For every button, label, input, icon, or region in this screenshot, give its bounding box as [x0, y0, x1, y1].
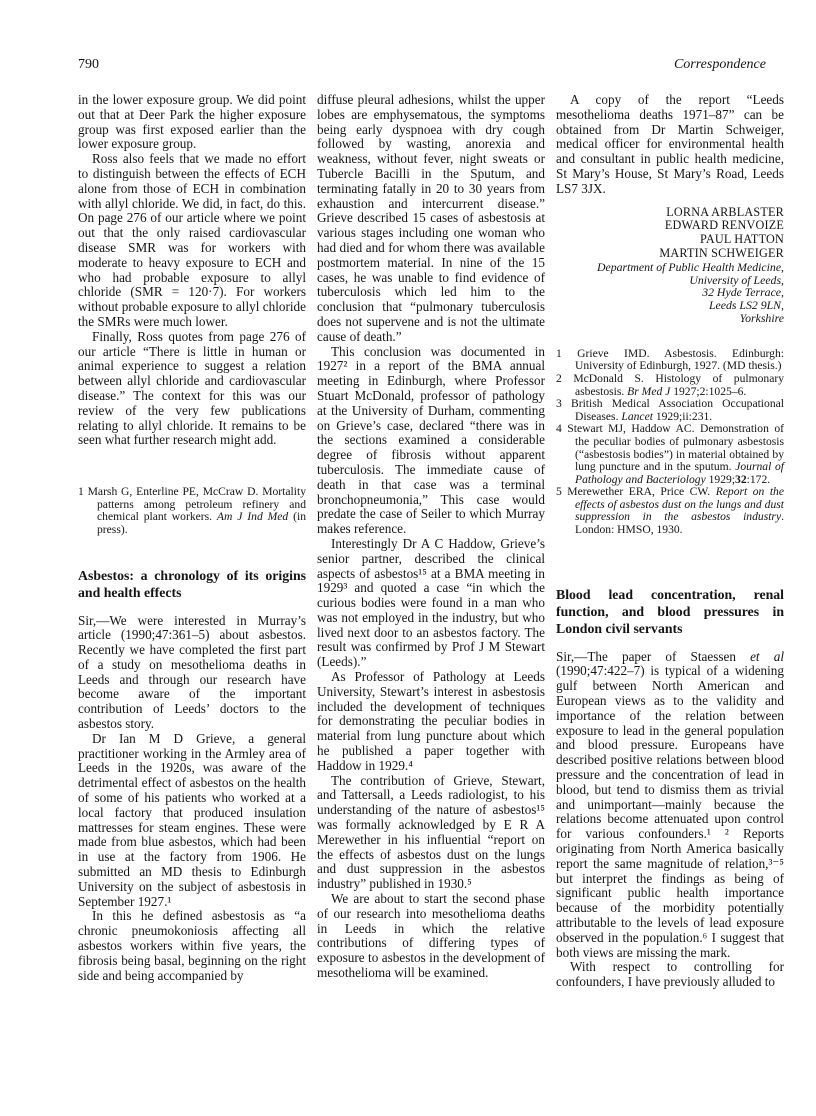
signature-name: MARTIN SCHWEIGER: [556, 247, 784, 261]
signature-name: LORNA ARBLASTER: [556, 206, 784, 220]
page-number: 790: [78, 57, 99, 73]
reference-item: 4 Stewart MJ, Haddow AC. Demonstration o…: [556, 423, 784, 486]
paragraph: The contribution of Grieve, Stewart, and…: [317, 774, 545, 892]
paragraph: Dr Ian M D Grieve, a general practitione…: [78, 732, 306, 910]
journal-page: 790 Correspondence in the lower exposure…: [0, 0, 816, 1116]
reference-item: 2 McDonald S. Histology of pulmonary asb…: [556, 373, 784, 398]
reference-item: 5 Merewether ERA, Price CW. Report on th…: [556, 486, 784, 536]
paragraph: diffuse pleural adhesions, whilst the up…: [317, 93, 545, 345]
column-3: A copy of the report “Leeds mesothelioma…: [556, 93, 784, 990]
paragraph: in the lower exposure group. We did poin…: [78, 93, 306, 152]
running-title: Correspondence: [674, 57, 766, 73]
column-2: diffuse pleural adhesions, whilst the up…: [317, 93, 545, 990]
paragraph: This conclusion was documented in 1927² …: [317, 345, 545, 537]
reference-item: 1 Marsh G, Enterline PE, McCraw D. Morta…: [78, 486, 306, 536]
reference-list: 1 Grieve IMD. Asbestosis. Edinburgh: Uni…: [556, 348, 784, 537]
signature-block: LORNA ARBLASTER EDWARD RENVOIZE PAUL HAT…: [556, 206, 784, 325]
paragraph: Interestingly Dr A C Haddow, Grieve’s se…: [317, 537, 545, 670]
letter-title: Asbestos: a chronology of its origins an…: [78, 567, 306, 601]
paragraph: In this he defined asbestosis as “a chro…: [78, 909, 306, 983]
signature-address-line: Yorkshire: [556, 312, 784, 325]
reference-item: 1 Grieve IMD. Asbestosis. Edinburgh: Uni…: [556, 348, 784, 373]
paragraph: A copy of the report “Leeds mesothelioma…: [556, 93, 784, 197]
paragraph: With respect to controlling for confound…: [556, 960, 784, 990]
column-1: in the lower exposure group. We did poin…: [78, 93, 306, 990]
text-columns: in the lower exposure group. We did poin…: [78, 93, 784, 990]
signature-name: PAUL HATTON: [556, 233, 784, 247]
paragraph: We are about to start the second phase o…: [317, 892, 545, 981]
paragraph: Sir,—We were interested in Murray’s arti…: [78, 614, 306, 732]
paragraph: Sir,—The paper of Staessen et al (1990;4…: [556, 650, 784, 961]
paragraph: Ross also feels that we made no effort t…: [78, 152, 306, 330]
letter-title: Blood lead concentration, renal function…: [556, 586, 784, 637]
page-header: 790 Correspondence: [78, 57, 766, 73]
signature-address-line: Department of Public Health Medicine,: [556, 261, 784, 274]
paragraph: Finally, Ross quotes from page 276 of ou…: [78, 330, 306, 448]
reference-item: 3 British Medical Association Occupation…: [556, 398, 784, 423]
signature-name: EDWARD RENVOIZE: [556, 219, 784, 233]
paragraph: As Professor of Pathology at Leeds Unive…: [317, 670, 545, 774]
